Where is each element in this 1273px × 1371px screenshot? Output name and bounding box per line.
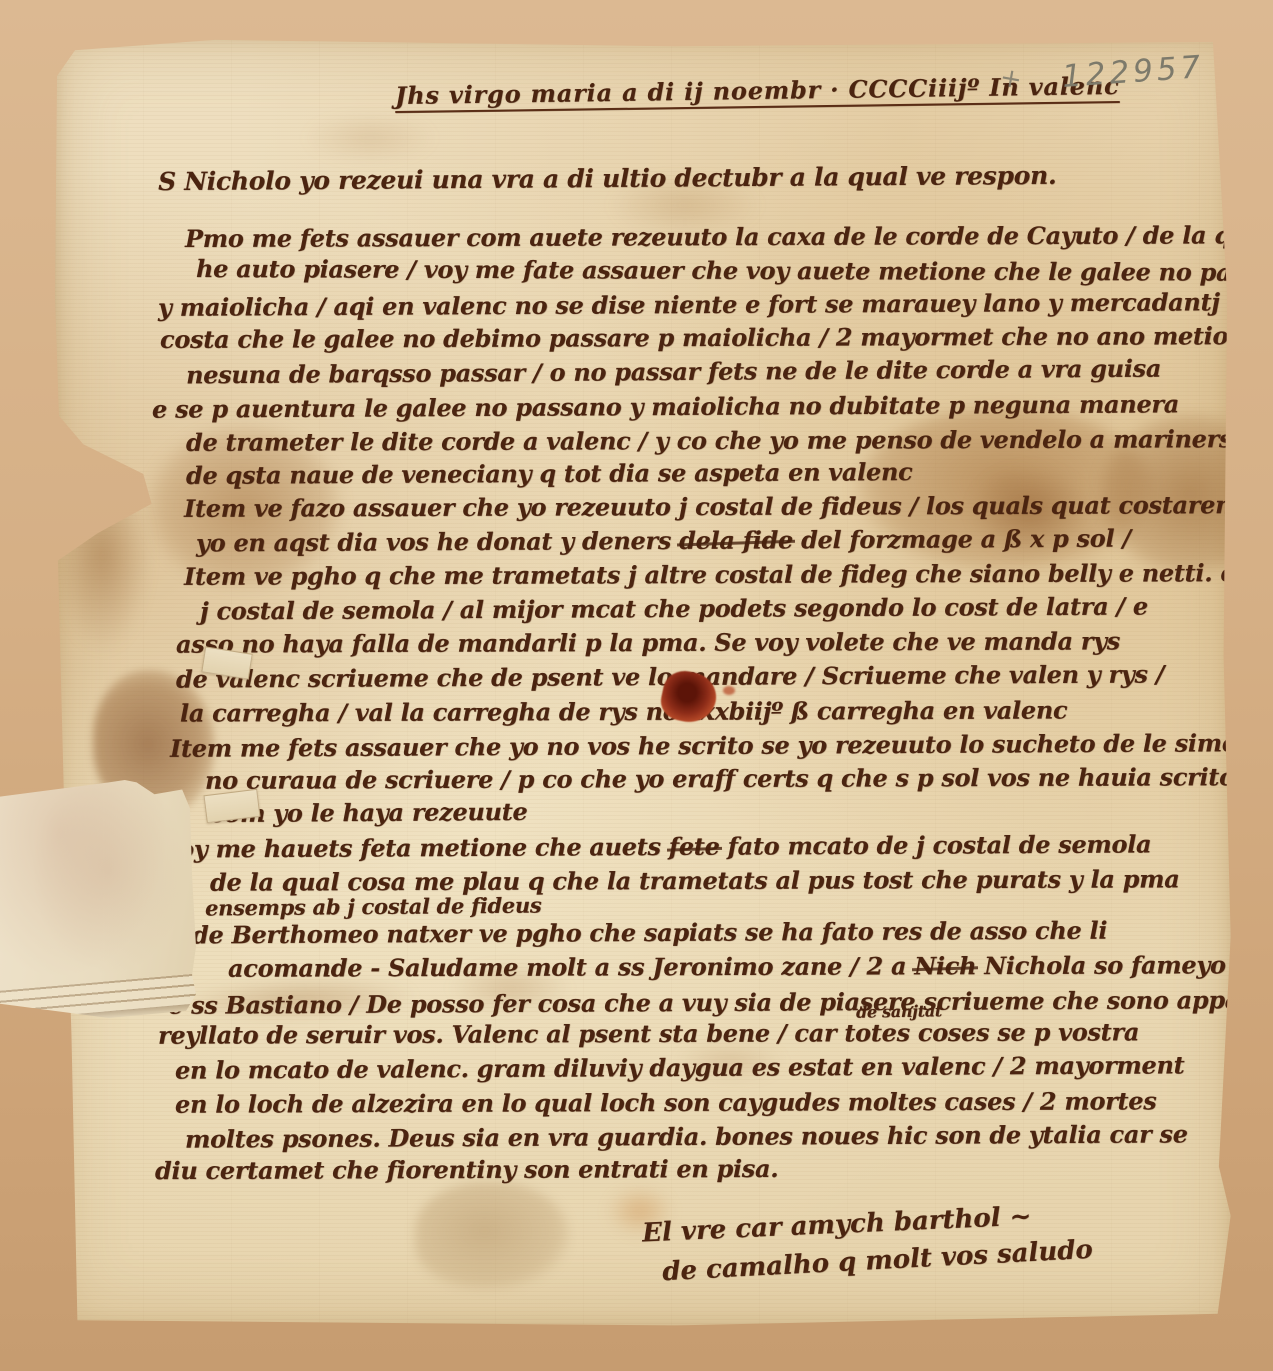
letter-line: j costal de semola / al mijor mcat che p… [200,592,1148,626]
letter-line: no curaua de scriuere / p co che yo eraf… [205,762,1235,795]
letter-line: de Berthomeo natxer ve pgho che sapiats … [192,916,1107,950]
letter-line: costa che le galee no debimo passare p m… [160,321,1260,354]
strikethrough-text: fete [669,832,720,861]
strikethrough-text: Nich [914,951,976,980]
letter-line: Item ve pgho q che me trametats j altre … [184,558,1235,591]
letter-line: nesuna de barqsso passar / o no passar f… [186,354,1161,390]
manuscript-scan: Jhs virgo maria a di ij noembr · CCCCiii… [0,0,1273,1371]
letter-line: ensemps ab j costal de fideus [205,893,542,921]
letter-sheet: Jhs virgo maria a di ij noembr · CCCCiii… [55,36,1233,1328]
letter-line: moltes psones. Deus sia en vra guardia. … [185,1119,1188,1153]
letter-line: asso no haya falla de mandarli p la pma.… [176,626,1120,658]
letter-line: Voy me hauets feta metione che auets fet… [162,829,1151,863]
letter-line: S Nicholo yo rezeui una vra a di ultio d… [158,161,1057,196]
letter-line: de trameter le dite corde a valenc / y c… [186,424,1232,457]
letter-line: la carregha / val la carregha de rys no … [180,695,1067,727]
letter-line: Item ve fazo assauer che yo rezeuuto j c… [184,490,1232,523]
letter-line: en lo loch de alzezira en lo qual loch s… [175,1086,1157,1118]
letter-line: diu certamet che fiorentiny son entrati … [155,1154,778,1185]
letter-line: Pmo me fets assauer com auete rezeuuto l… [185,220,1273,253]
letter-line: he auto piasere / voy me fate assauer ch… [196,254,1273,287]
letter-line: yo en aqst dia vos he donat y deners del… [196,524,1131,558]
letter-line: acomande - Saludame molt a ss Jeronimo z… [228,950,1226,982]
strikethrough-text: dela fide [679,525,793,555]
letter-line: e se p auentura le galee no passano y ma… [152,389,1179,423]
letter-line: Item me fets assauer che yo no vos he sc… [170,728,1253,763]
letter-line: e ss Bastiano / De posso fer cosa che a … [168,985,1240,1020]
letter-line: y maiolicha / aqi en valenc no se dise n… [158,287,1259,322]
folded-paper-flap [0,780,198,1018]
wax-fleck [723,686,735,695]
letter-line: en lo mcato de valenc. gram diluviy dayg… [175,1050,1185,1084]
letter-line: de qsta naue de veneciany q tot dia se a… [186,457,913,490]
letter-line: de la qual cosa me plau q che la trameta… [210,864,1180,896]
letter-line: reyllato de seruir vos. Valenc al psent … [158,1017,1139,1049]
letter-text-layer: Jhs virgo maria a di ij noembr · CCCCiii… [55,36,1233,1328]
